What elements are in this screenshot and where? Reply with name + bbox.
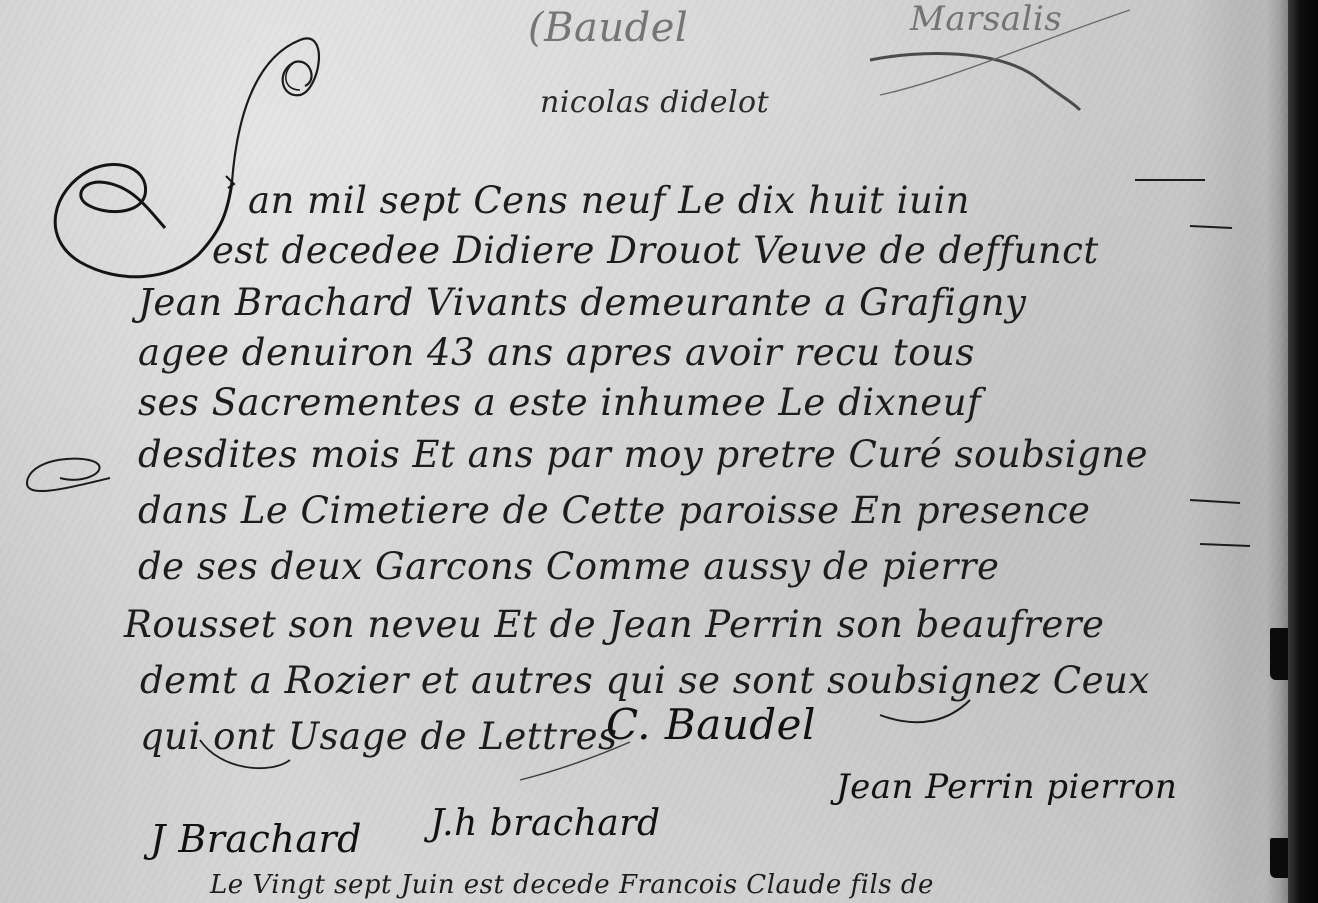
signature-brachard-1: J Brachard bbox=[150, 820, 362, 858]
signature-perrin: Jean Perrin pierron bbox=[836, 770, 1177, 804]
faint-header-text-left: (Baudel bbox=[528, 8, 688, 48]
next-entry-fragment: Le Vingt sept Juin est decede Francois C… bbox=[210, 872, 934, 898]
record-line-8: de ses deux Garcons Comme aussy de pierr… bbox=[138, 548, 999, 585]
record-line-5: ses Sacrementes a este inhumee Le dixneu… bbox=[138, 384, 981, 421]
record-line-6: desdites mois Et ans par moy pretre Curé… bbox=[138, 436, 1148, 473]
record-line-4: agee denuiron 43 ans apres avoir recu to… bbox=[138, 334, 975, 371]
record-line-11: qui ont Usage de Lettres bbox=[140, 718, 618, 755]
signature-baudel: C. Baudel bbox=[606, 704, 816, 746]
page-gutter-shadow bbox=[1266, 0, 1288, 903]
page-tear bbox=[1270, 628, 1288, 680]
record-line-1: an mil sept Cens neuf Le dix huit iuin bbox=[248, 182, 970, 219]
record-line-3: Jean Brachard Vivants demeurante a Grafi… bbox=[138, 284, 1026, 321]
faint-header-text-right: Marsalis bbox=[910, 2, 1062, 36]
book-binding-edge bbox=[1288, 0, 1318, 903]
signature-brachard-2: J.h brachard bbox=[430, 806, 661, 842]
entry-title: nicolas didelot bbox=[540, 88, 769, 118]
page-tear-lower bbox=[1270, 838, 1288, 878]
record-line-2: est decedee Didiere Drouot Veuve de deff… bbox=[212, 232, 1099, 269]
record-line-7: dans Le Cimetiere de Cette paroisse En p… bbox=[138, 492, 1090, 529]
document-page: (Baudel Marsalis nicolas didelot an mil … bbox=[0, 0, 1318, 903]
record-line-9: Rousset son neveu Et de Jean Perrin son … bbox=[124, 606, 1104, 643]
record-line-10: demt a Rozier et autres qui se sont soub… bbox=[140, 662, 1150, 699]
